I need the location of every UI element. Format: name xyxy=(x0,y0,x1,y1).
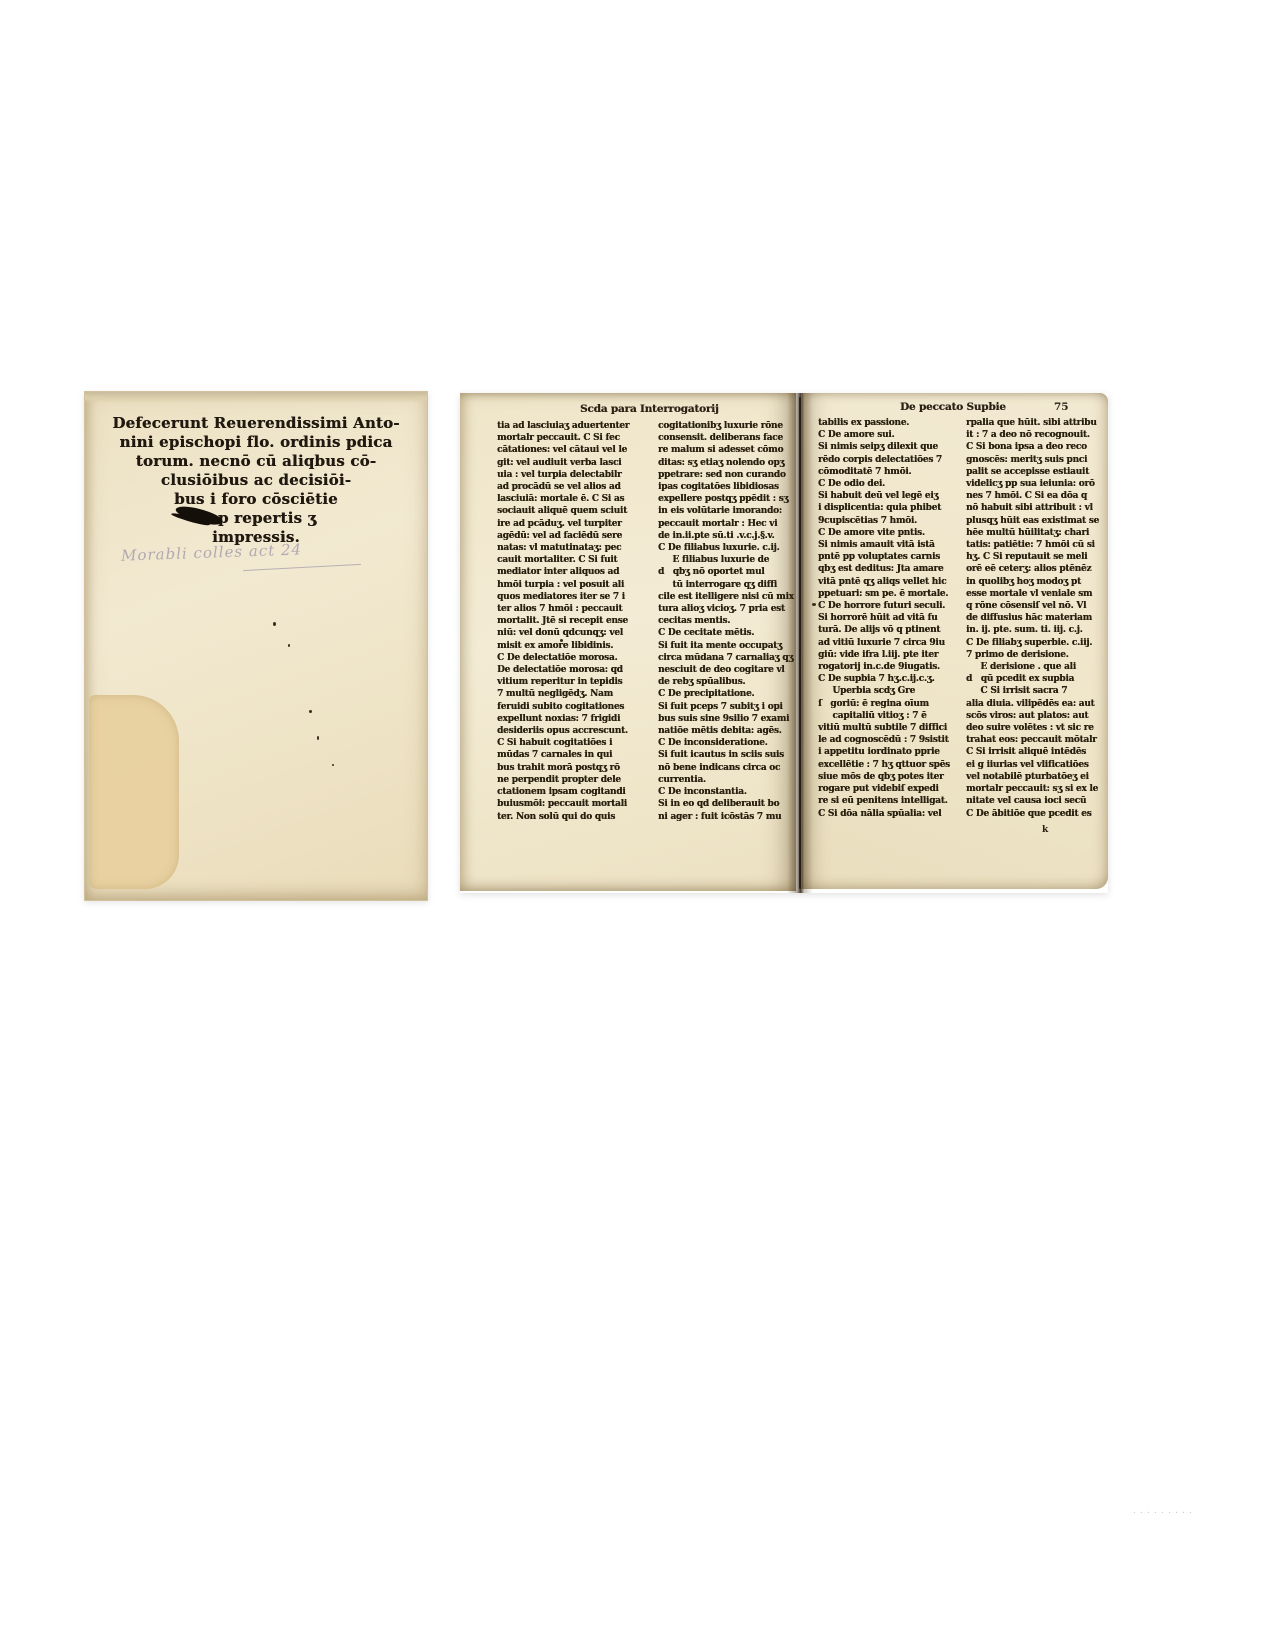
ink-speck xyxy=(309,710,312,713)
folio-number: 75 xyxy=(1054,401,1069,413)
spread-left-page: Scda para Interrogatorij tia ad lasciuia… xyxy=(460,393,796,891)
right-page-column-1: tabilis ex passione. C De amore sui. Si … xyxy=(818,417,964,820)
left-leaf-page: Defecerunt Reuerendissimi Anto- nini epi… xyxy=(84,391,428,901)
ink-speck xyxy=(273,622,276,626)
open-spread: Scda para Interrogatorij tia ad lasciuia… xyxy=(460,393,1108,893)
pencil-underline xyxy=(243,564,361,571)
foxing-spot xyxy=(560,639,563,642)
catchword: k xyxy=(1042,825,1048,835)
left-running-head: Scda para Interrogatorij xyxy=(580,403,719,415)
right-page-column-2: rpalia que hūit. sibi attribu it : 7 a d… xyxy=(966,417,1112,820)
gutter-crease xyxy=(799,397,801,889)
photo-canvas: Defecerunt Reuerendissimi Anto- nini epi… xyxy=(0,0,1264,1641)
repair-patch xyxy=(89,695,179,889)
left-page-column-1: tia ad lasciuiaʒ aduertenter mortalr pec… xyxy=(497,420,657,823)
colophon-title: Defecerunt Reuerendissimi Anto- nini epi… xyxy=(85,414,427,547)
ink-speck xyxy=(317,736,319,740)
spread-right-page: De peccato Supbie 75 tabilis ex passione… xyxy=(802,393,1108,889)
scan-artifact-dots: ......... xyxy=(1132,1506,1195,1515)
leaf-top-edge xyxy=(85,392,427,403)
ink-speck xyxy=(288,644,290,647)
ink-speck xyxy=(332,764,334,766)
right-running-head: De peccato Supbie xyxy=(900,401,1006,413)
